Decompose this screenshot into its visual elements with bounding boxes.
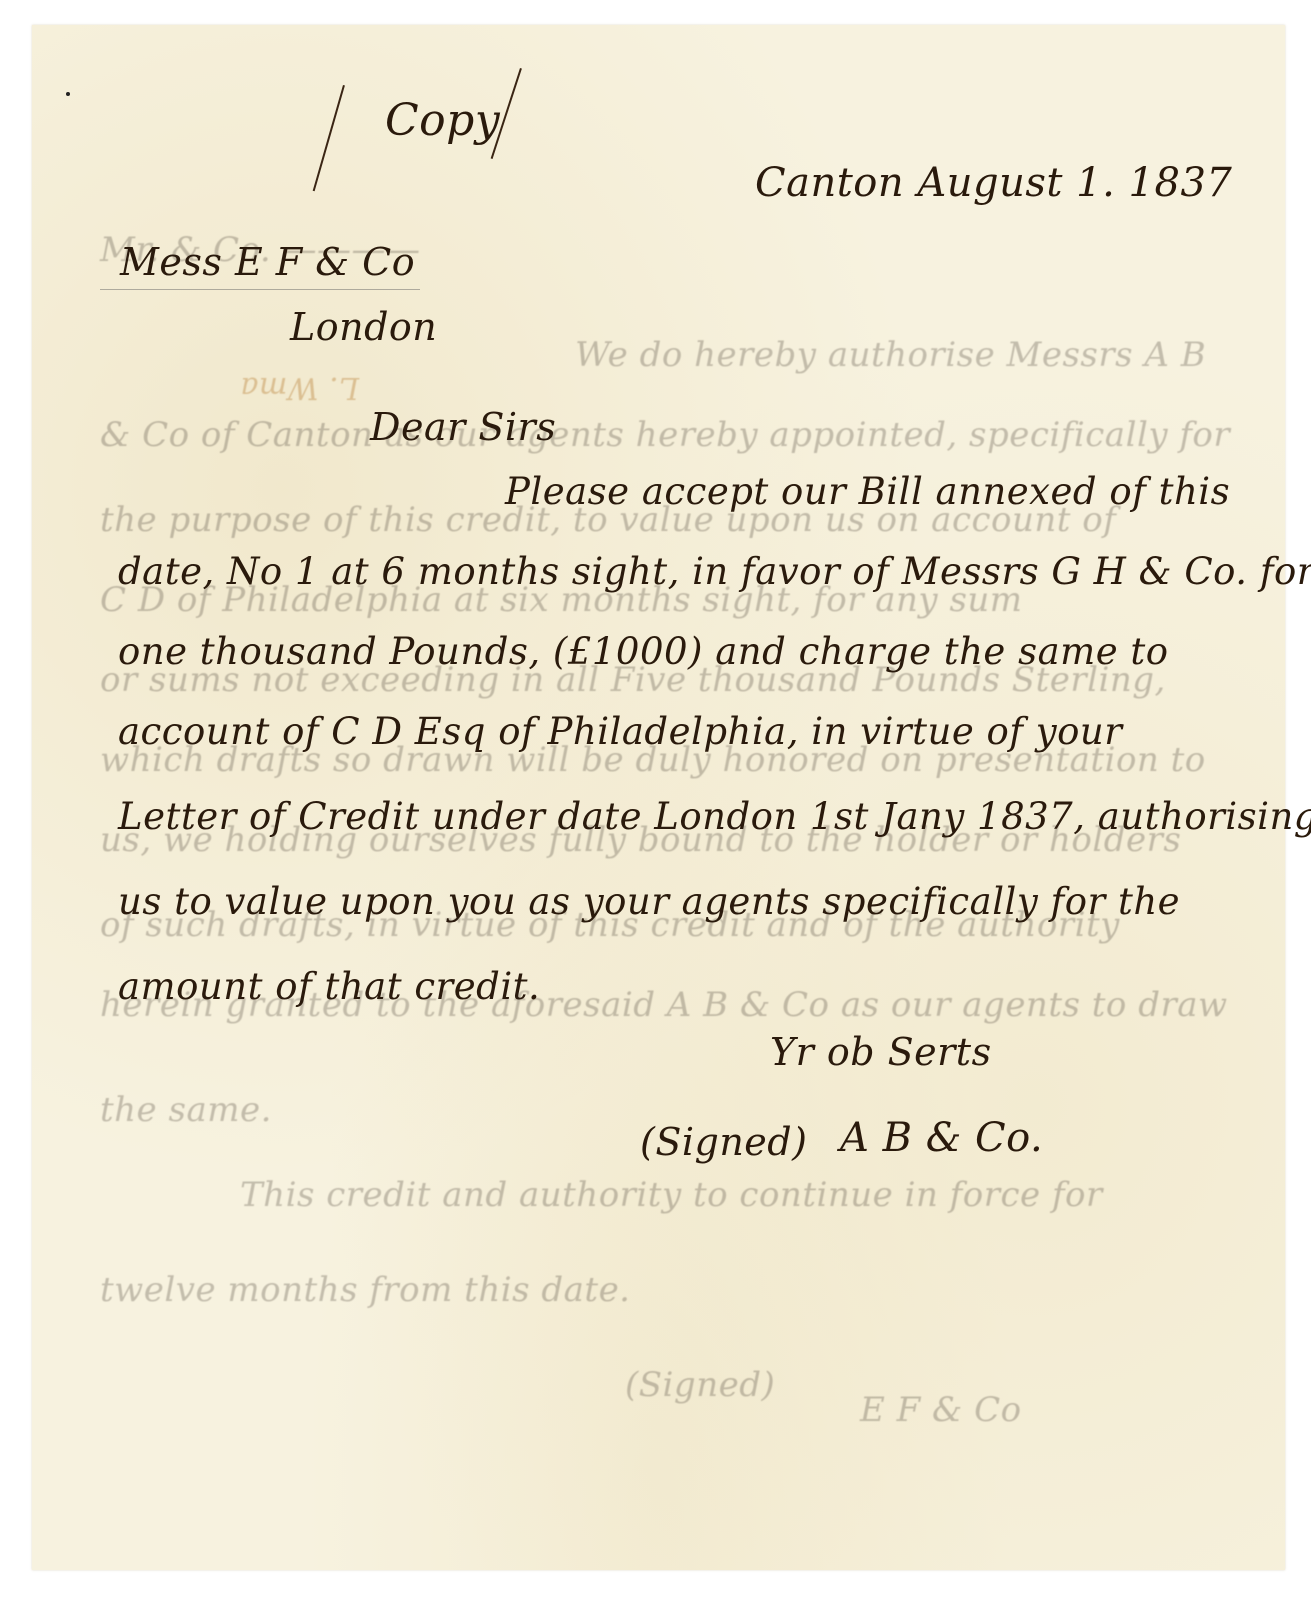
addressee-name: Mess E F & Co (120, 240, 415, 284)
body-line: amount of that credit. (118, 965, 540, 1008)
salutation: Dear Sirs (370, 405, 556, 449)
ghost-postscript-line: twelve months from this date. (100, 1270, 631, 1310)
body-line: Letter of Credit under date London 1st J… (118, 795, 1311, 838)
addressee-city: London (290, 305, 437, 349)
ghost-signature-name: E F & Co (860, 1390, 1022, 1430)
closing: Yr ob Serts (770, 1030, 992, 1074)
ghost-line: We do hereby authorise Messrs A B (575, 335, 1206, 375)
body-line: us to value upon you as your agents spec… (118, 880, 1180, 923)
place-date: Canton August 1. 1837 (755, 160, 1232, 206)
ghost-line: & Co of Canton as our agents hereby appo… (100, 415, 1230, 455)
body-line: date, No 1 at 6 months sight, in favor o… (118, 550, 1311, 593)
ghost-postscript-line: This credit and authority to continue in… (240, 1175, 1103, 1215)
body-line: one thousand Pounds, (£1000) and charge … (118, 630, 1169, 673)
body-line: Please accept our Bill annexed of this (505, 470, 1230, 513)
copy-mark: Copy (385, 95, 500, 146)
addressee-underline (100, 289, 420, 290)
ghost-signature-label: (Signed) (625, 1365, 775, 1405)
signature-label: (Signed) (640, 1120, 807, 1164)
ghost-line: the same. (100, 1090, 272, 1130)
faded-stamp: L. Wma (240, 370, 359, 405)
ink-speck (66, 92, 70, 96)
body-line: account of C D Esq of Philadelphia, in v… (118, 710, 1122, 753)
signature-name: A B & Co. (840, 1115, 1043, 1161)
